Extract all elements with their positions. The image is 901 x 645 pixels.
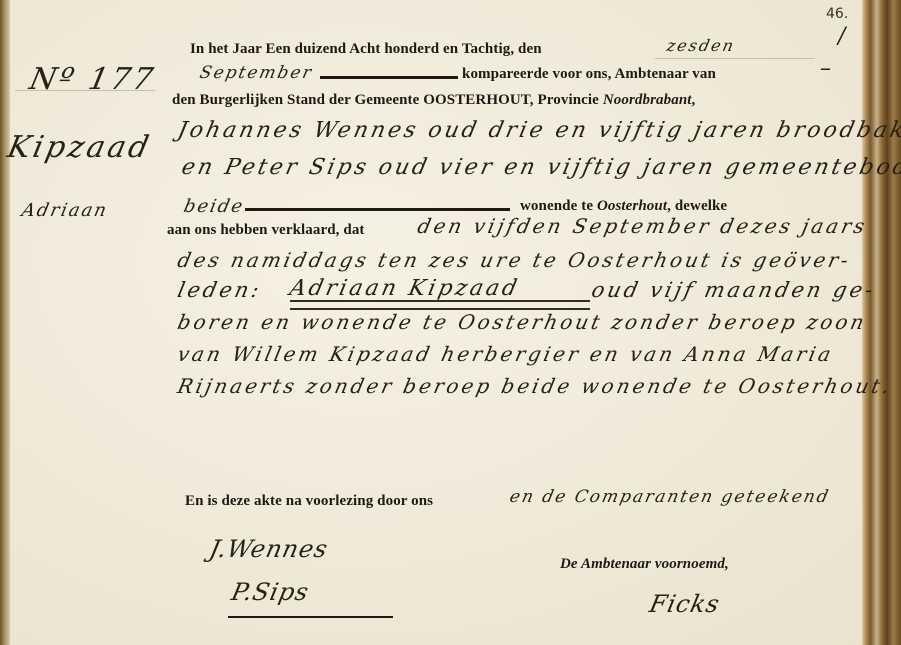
signature-witness-1: J.Wennes xyxy=(207,535,331,563)
handwritten-child-name: Adriaan Kipzaad xyxy=(287,276,522,301)
handwritten-declaration-1: den vijfden September dezes jaars xyxy=(415,214,869,238)
official-label: De Ambtenaar voornoemd, xyxy=(560,556,729,573)
handwritten-witness-1: Johannes Wennes oud drie en vijftig jare… xyxy=(175,118,901,143)
handwritten-declaration-3b: oud vijf maanden ge- xyxy=(589,278,877,302)
printed-line-kompareerde: kompareerde voor ons, Ambtenaar van xyxy=(462,66,716,83)
printed-gemeente-text: den Burgerlijken Stand der Gemeente OOST… xyxy=(172,92,599,108)
margin-mark-slash: / xyxy=(838,24,845,49)
signature-flourish xyxy=(228,616,393,618)
fill-rule xyxy=(320,76,458,79)
book-binding xyxy=(862,0,901,645)
fill-line xyxy=(655,58,815,59)
handwritten-declaration-4: boren en wonende te Oosterhout zonder be… xyxy=(175,310,869,334)
margin-surname: Kipzaad xyxy=(4,130,154,165)
printed-dewelke: , dewelke xyxy=(667,198,727,214)
printed-wonende-text: wonende te xyxy=(520,198,593,214)
register-page: 46. / – Nº 177 Kipzaad Adriaan In het Ja… xyxy=(0,0,901,645)
handwritten-declaration-6: Rijnaerts zonder beroep beide wonende te… xyxy=(175,374,894,398)
name-double-underline xyxy=(290,300,590,310)
handwritten-closing: en de Comparanten geteekend xyxy=(508,487,832,507)
handwritten-witness-2: en Peter Sips oud vier en vijftig jaren … xyxy=(179,155,901,180)
left-page-edge xyxy=(0,0,10,645)
handwritten-declaration-2: des namiddags ten zes ure te Oosterhout … xyxy=(175,248,853,272)
handwritten-day: zesden xyxy=(665,36,737,55)
printed-line-gemeente: den Burgerlijken Stand der Gemeente OOST… xyxy=(172,92,695,109)
margin-given-name: Adriaan xyxy=(20,200,110,221)
printed-line-wonende: wonende te Oosterhout, dewelke xyxy=(520,198,727,215)
printed-place: Oosterhout xyxy=(597,198,667,214)
handwritten-beide: beide xyxy=(182,196,247,217)
printed-line-verklaard: aan ons hebben verklaard, dat xyxy=(167,222,365,239)
signature-witness-2: P.Sips xyxy=(229,578,312,606)
signature-official: Ficks xyxy=(647,590,723,618)
handwritten-declaration-3a: leden: xyxy=(175,278,264,302)
printed-comma: , xyxy=(692,92,696,108)
handwritten-month: September xyxy=(198,63,315,83)
margin-record-number: Nº 177 xyxy=(26,62,159,97)
printed-provincie: Noordbrabant xyxy=(603,92,692,108)
printed-line-year: In het Jaar Een duizend Acht honderd en … xyxy=(190,41,542,58)
printed-line-closing: En is deze akte na voorlezing door ons xyxy=(185,493,433,510)
margin-mark-dash: – xyxy=(820,56,831,81)
handwritten-declaration-5: van Willem Kipzaad herbergier en van Ann… xyxy=(175,342,836,366)
page-number: 46. xyxy=(826,6,848,22)
fill-rule xyxy=(245,208,510,211)
margin-rule xyxy=(15,90,155,91)
